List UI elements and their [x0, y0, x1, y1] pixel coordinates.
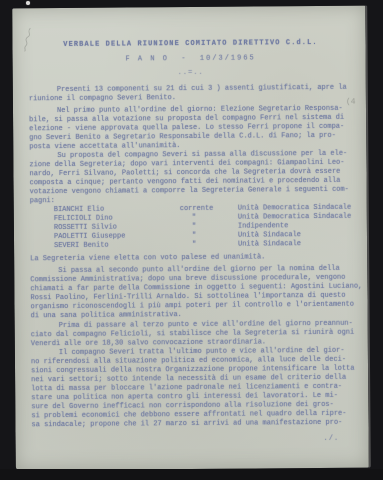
paragraph-secretariat: Su proposta del compagno Severi si passa…	[29, 150, 353, 207]
member-affiliation: Unità Sindacale	[238, 240, 301, 249]
scan-edge-strip	[0, 469, 383, 480]
continuation-mark: ./.	[324, 435, 340, 444]
text-line: riunione il compagno Severi Benito.	[29, 93, 353, 105]
member-group: corrente	[180, 205, 214, 214]
paragraph-commission: Si passa al secondo punto all'ordine del…	[30, 265, 354, 322]
document-page: (4 VERBALE DELLA RIUNIONE COMITATO DIRET…	[12, 6, 369, 471]
paragraph-attendance: Presenti 13 componenti su 21 di cui 3 ) …	[29, 84, 353, 105]
document-title: VERBALE DELLA RIUNIONE COMITATO DIRETTIV…	[28, 39, 352, 51]
text-line: sa sindacale; propone che il 27 marzo si…	[31, 419, 355, 431]
member-name: BIANCHI Elio	[54, 206, 104, 215]
member-group: "	[192, 232, 196, 241]
paragraph-meeting-time: Prima di passare al terzo punto e vice a…	[31, 320, 355, 350]
table-row: SEVERI Benito"Unità Sindacale	[30, 240, 354, 252]
member-affiliation: Indipendente	[238, 222, 288, 231]
separator-mark: ..=..	[29, 68, 353, 80]
member-name: SEVERI Benito	[54, 242, 109, 251]
member-name: ROSSETTI Silvio	[54, 224, 117, 233]
punch-hole	[26, 1, 30, 5]
member-affiliation: Unità Sindacale	[238, 231, 301, 240]
member-group: "	[192, 223, 196, 232]
table-result-line: La Segreteria viene eletta con voto pale…	[30, 253, 354, 265]
secretariat-table: BIANCHI EliocorrenteUnità Democratica Si…	[30, 204, 354, 252]
member-name: FELICIOLI Dino	[54, 215, 113, 224]
place-dateline: F A N O - 10/3/1965	[29, 54, 353, 66]
typescript-body: VERBALE DELLA RIUNIONE COMITATO DIRETTIV…	[28, 6, 352, 9]
paragraph-first-point: Nel primo punto all'ordine del giorno: E…	[29, 105, 353, 153]
scan-background: (4 VERBALE DELLA RIUNIONE COMITATO DIRET…	[0, 0, 383, 480]
paragraph-final-point: Il compagno Severi tratta l'ultimo punto…	[31, 347, 356, 431]
member-group: "	[192, 214, 196, 223]
member-group: "	[192, 241, 196, 250]
